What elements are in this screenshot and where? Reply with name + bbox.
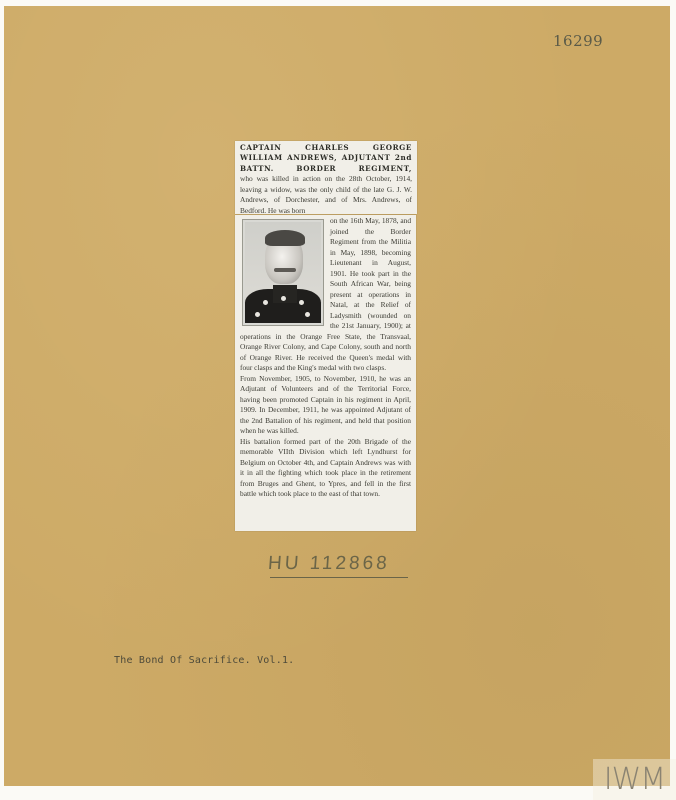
clipping-heading: CAPTAIN CHARLES GEORGE WILLIAM ANDREWS, … (236, 143, 416, 174)
biography-paragraph-2: From November, 1905, to November, 1910, … (240, 374, 411, 437)
newspaper-clipping-body: on the 16th May, 1878, and joined the Bo… (235, 215, 416, 531)
handwritten-reference: HU 112868 (267, 553, 409, 575)
source-caption: The Bond Of Sacrifice. Vol.1. (114, 655, 294, 666)
catalog-number: 16299 (553, 32, 603, 50)
clipping-intro-text: who was killed in action on the 28th Oct… (236, 174, 416, 216)
iwm-watermark-logo: IWM (593, 759, 676, 800)
biography-paragraph-3: His battalion formed part of the 20th Br… (240, 437, 411, 500)
newspaper-clipping-header: CAPTAIN CHARLES GEORGE WILLIAM ANDREWS, … (235, 141, 417, 214)
portrait-photo (242, 219, 324, 326)
reference-underline (270, 577, 408, 578)
